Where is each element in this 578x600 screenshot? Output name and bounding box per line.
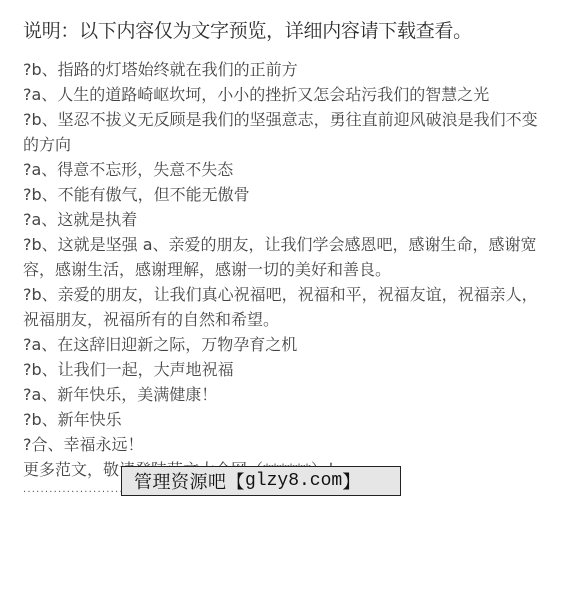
text-line: ?b、坚忍不拔义无反顾是我们的坚强意志，勇往直前迎风破浪是我们不变的方向 [23, 107, 553, 157]
watermark-bracket-close: 】 [342, 468, 361, 494]
watermark-domain: glzy8.com [245, 471, 342, 491]
text-line: ?a、在这辞旧迎新之际，万物孕育之机 [23, 332, 553, 357]
text-line: ?b、这就是坚强 a、亲爱的朋友，让我们学会感恩吧，感谢生命，感谢宽容，感谢生活… [23, 232, 553, 282]
document-page: 说明：以下内容仅为文字预览，详细内容请下载查看。 ?b、指路的灯塔始终就在我们的… [0, 0, 578, 600]
text-line: ?b、指路的灯塔始终就在我们的正前方 [23, 57, 553, 82]
text-line: ?a、得意不忘形，失意不失态 [23, 157, 553, 182]
preview-notice-title: 说明：以下内容仅为文字预览，详细内容请下载查看。 [23, 18, 472, 44]
watermark-prefix: 管理资源吧 [134, 468, 227, 494]
document-body: ?b、指路的灯塔始终就在我们的正前方 ?a、人生的道路崎岖坎坷，小小的挫折又怎会… [23, 57, 553, 507]
text-line: ?b、新年快乐 [23, 407, 553, 432]
text-line: ?合、幸福永远！ [23, 432, 553, 457]
text-line: ?a、人生的道路崎岖坎坷，小小的挫折又怎会玷污我们的智慧之光 [23, 82, 553, 107]
watermark-bracket-open: 【 [227, 468, 246, 494]
text-line: ?b、让我们一起，大声地祝福 [23, 357, 553, 382]
text-line: ?b、不能有傲气，但不能无傲骨 [23, 182, 553, 207]
text-line: ?a、新年快乐，美满健康！ [23, 382, 553, 407]
watermark-banner: 管理资源吧 【 glzy8.com 】 [121, 466, 401, 496]
text-line: ?a、这就是执着 [23, 207, 553, 232]
text-line: ?b、亲爱的朋友，让我们真心祝福吧，祝福和平，祝福友谊，祝福亲人，祝福朋友，祝福… [23, 282, 553, 332]
